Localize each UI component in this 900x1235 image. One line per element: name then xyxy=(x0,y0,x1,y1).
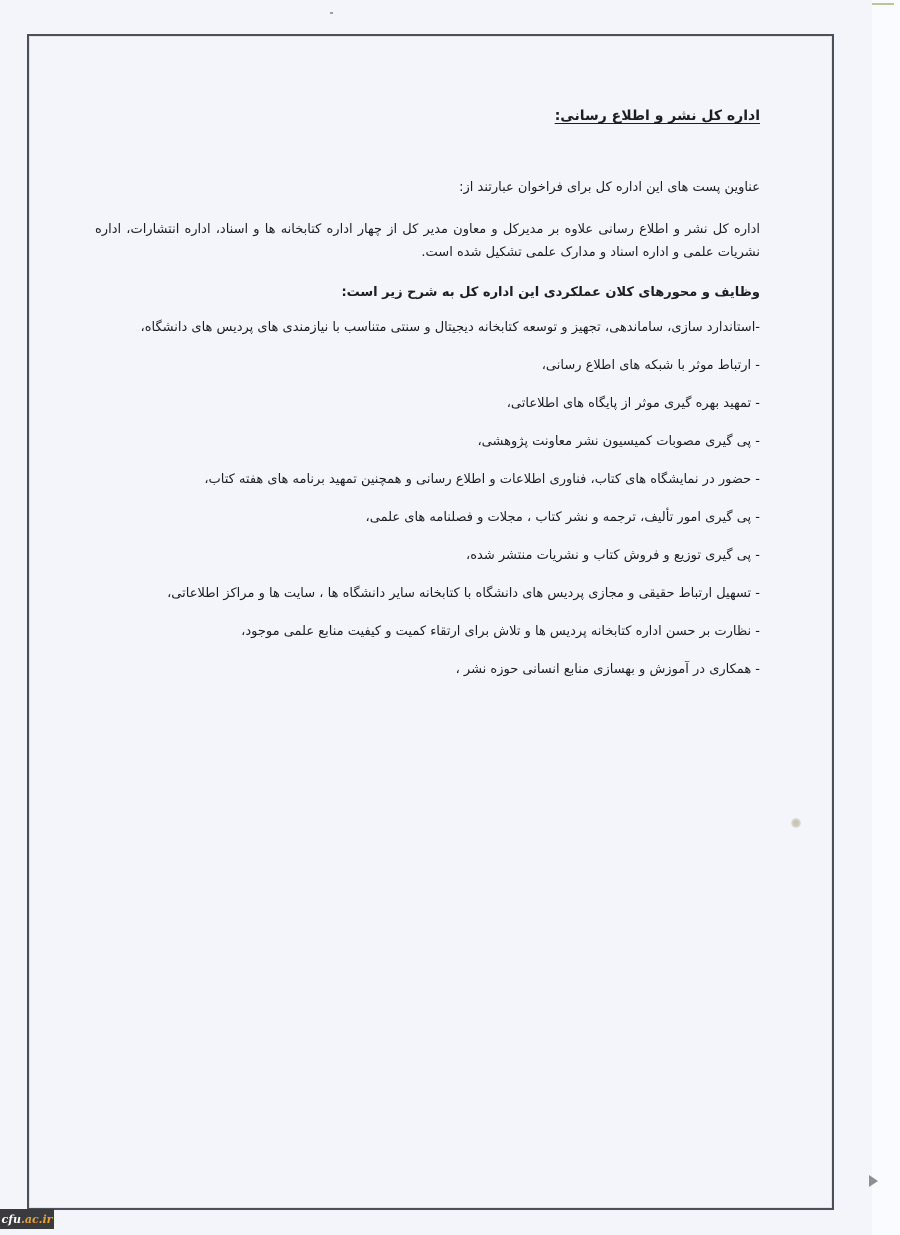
duty-item: - تسهیل ارتباط حقیقی و مجازی پردیس های د… xyxy=(95,584,760,622)
watermark-part1: cfu xyxy=(2,1213,21,1226)
duty-item: - پی گیری توزیع و فروش کتاب و نشریات منت… xyxy=(95,546,760,584)
document-title: اداره کل نشر و اطلاع رسانی: xyxy=(555,108,760,124)
scan-speck xyxy=(330,12,333,14)
scan-mark xyxy=(872,3,894,5)
duties-list: -استاندارد سازی، ساماندهی، تجهیز و توسعه… xyxy=(95,318,760,698)
duty-item: - تمهید بهره گیری موثر از پایگاه های اطل… xyxy=(95,394,760,432)
duty-item: -استاندارد سازی، ساماندهی، تجهیز و توسعه… xyxy=(95,318,760,356)
duty-item: - پی گیری امور تألیف، ترجمه و نشر کتاب ،… xyxy=(95,508,760,546)
duty-item: - ارتباط موثر با شبکه های اطلاع رسانی، xyxy=(95,356,760,394)
site-watermark-logo[interactable]: cfu.ac.ir xyxy=(0,1209,54,1229)
scan-stain xyxy=(791,818,801,828)
duty-item: - همکاری در آموزش و بهسازی منابع انسانی … xyxy=(95,660,760,698)
watermark-part2: .ac.ir xyxy=(21,1213,52,1226)
intro-text: عناوین پست های این اداره کل برای فراخوان… xyxy=(459,180,760,195)
page-edge xyxy=(872,0,900,1235)
clip-mark-icon xyxy=(869,1175,878,1187)
duty-item: - نظارت بر حسن اداره کتابخانه پردیس ها و… xyxy=(95,622,760,660)
duty-item: - پی گیری مصوبات کمیسیون نشر معاونت پژوه… xyxy=(95,432,760,470)
duty-item: - حضور در نمایشگاه های کتاب، فناوری اطلا… xyxy=(95,470,760,508)
duties-heading: وظایف و محورهای کلان عملکردی این اداره ک… xyxy=(341,285,760,300)
description-paragraph: اداره کل نشر و اطلاع رسانی علاوه بر مدیر… xyxy=(95,218,760,264)
